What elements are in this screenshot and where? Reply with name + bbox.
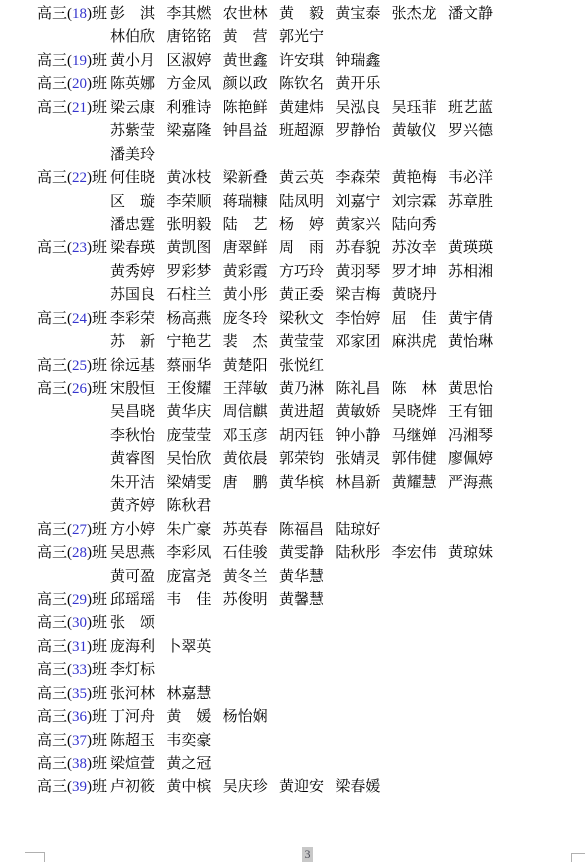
student-name: 黄开乐 xyxy=(335,73,391,96)
roster-row: 区 璇李荣顺蒋瑞糠陆凤明刘嘉宁刘宗霖苏章胜 xyxy=(37,191,504,214)
student-name: 黄睿图 xyxy=(110,448,166,471)
student-name: 陆琼好 xyxy=(335,519,391,542)
student-name: 张明毅 xyxy=(166,214,222,237)
student-name: 罗静怡 xyxy=(335,120,391,143)
class-label-suffix: )班 xyxy=(87,709,107,725)
student-name: 黄建炜 xyxy=(279,97,335,120)
student-name: 吴泓良 xyxy=(335,97,391,120)
student-name: 王有钿 xyxy=(448,401,504,424)
class-label-suffix: )班 xyxy=(87,100,107,116)
class-label-prefix: 高三( xyxy=(37,756,72,772)
class-label-suffix: )班 xyxy=(87,733,107,749)
student-name: 郭伟健 xyxy=(392,448,448,471)
student-name: 班超源 xyxy=(279,120,335,143)
student-name: 陈礼昌 xyxy=(335,378,391,401)
class-label-prefix: 高三( xyxy=(37,311,72,327)
student-name: 张杰龙 xyxy=(392,3,448,26)
class-label-suffix: )班 xyxy=(87,522,107,538)
student-name: 潘美玲 xyxy=(110,144,166,167)
student-name: 卜翠英 xyxy=(166,636,222,659)
student-name: 李灯标 xyxy=(110,659,166,682)
student-name: 黄凯图 xyxy=(166,237,222,260)
class-label-suffix: )班 xyxy=(87,381,107,397)
student-name: 韦奕豪 xyxy=(166,730,222,753)
student-name: 唐翠鲜 xyxy=(223,237,279,260)
roster-row: 李秋怡庞莹莹邓玉彦胡丙钰钟小静马继婵冯湘琴 xyxy=(37,425,504,448)
roster-row: 林伯欣唐铭铭黄 营郭光宁 xyxy=(37,26,504,49)
roster-row: 高三(19)班黄小月区淑婷黄世鑫许安琪钟瑞鑫 xyxy=(37,50,504,73)
student-name: 庞海利 xyxy=(110,636,166,659)
class-label: 高三(38)班 xyxy=(37,753,110,776)
student-name: 朱开洁 xyxy=(110,472,166,495)
roster-row: 高三(31)班庞海利卜翠英 xyxy=(37,636,504,659)
class-label-prefix: 高三( xyxy=(37,6,72,22)
student-name: 林嘉慧 xyxy=(166,683,222,706)
student-name: 方巧玲 xyxy=(279,261,335,284)
class-number: 33 xyxy=(72,662,87,678)
student-name: 宁艳艺 xyxy=(166,331,222,354)
student-name: 钟昌益 xyxy=(223,120,279,143)
class-label-prefix: 高三( xyxy=(37,545,72,561)
student-name: 郭荣钧 xyxy=(279,448,335,471)
class-label-prefix: 高三( xyxy=(37,76,72,92)
student-name: 黄思怡 xyxy=(448,378,504,401)
class-label-prefix: 高三( xyxy=(37,662,72,678)
margin-mark-bottom-right-vertical xyxy=(571,853,572,862)
student-name: 陈钦名 xyxy=(279,73,335,96)
student-name: 罗彩梦 xyxy=(166,261,222,284)
student-name: 黄宇倩 xyxy=(448,308,504,331)
roster-row: 黄齐婷陈秋君 xyxy=(37,495,504,518)
student-name: 胡丙钰 xyxy=(279,425,335,448)
student-name: 黄依晨 xyxy=(223,448,279,471)
class-label-prefix: 高三( xyxy=(37,381,72,397)
class-label: 高三(24)班 xyxy=(37,308,110,331)
class-number: 39 xyxy=(72,779,87,795)
student-name: 黄怡琳 xyxy=(448,331,504,354)
student-name: 黄冬兰 xyxy=(223,566,279,589)
student-name: 张 颂 xyxy=(110,612,166,635)
student-name: 严海燕 xyxy=(448,472,504,495)
student-name: 李宏伟 xyxy=(392,542,448,565)
student-name: 黄彩霞 xyxy=(223,261,279,284)
student-name: 许安琪 xyxy=(279,50,335,73)
student-name: 宋殷恒 xyxy=(110,378,166,401)
class-number: 22 xyxy=(72,170,87,186)
student-name: 黄世鑫 xyxy=(223,50,279,73)
student-name: 吴珏菲 xyxy=(392,97,448,120)
student-name: 周信麒 xyxy=(223,401,279,424)
roster-row: 高三(22)班何佳晓黄冰枝梁新叠黄云英李森荣黄艳梅韦必洋 xyxy=(37,167,504,190)
student-name: 邱瑶瑶 xyxy=(110,589,166,612)
roster-row: 高三(35)班张河林林嘉慧 xyxy=(37,683,504,706)
student-name: 苏英春 xyxy=(223,519,279,542)
class-label-prefix: 高三( xyxy=(37,733,72,749)
student-name: 张河林 xyxy=(110,683,166,706)
student-name: 马继婵 xyxy=(392,425,448,448)
roster-row: 潘美玲 xyxy=(37,144,504,167)
student-name: 班艺蓝 xyxy=(448,97,504,120)
student-name: 林伯欣 xyxy=(110,26,166,49)
student-name: 黄之冠 xyxy=(166,753,222,776)
student-name: 黄琼妹 xyxy=(448,542,504,565)
student-name: 梁春媛 xyxy=(335,776,391,799)
class-label-suffix: )班 xyxy=(87,662,107,678)
student-name: 黄迎安 xyxy=(279,776,335,799)
class-label-suffix: )班 xyxy=(87,686,107,702)
student-name: 张婧灵 xyxy=(335,448,391,471)
roster-row: 高三(38)班梁煊萱黄之冠 xyxy=(37,753,504,776)
student-name: 潘忠霆 xyxy=(110,214,166,237)
student-name: 蒋瑞糠 xyxy=(223,191,279,214)
class-label-prefix: 高三( xyxy=(37,522,72,538)
class-label: 高三(30)班 xyxy=(37,612,110,635)
class-number: 37 xyxy=(72,733,87,749)
student-name: 黄艳梅 xyxy=(392,167,448,190)
student-name: 黄云英 xyxy=(279,167,335,190)
student-name: 黄中槟 xyxy=(166,776,222,799)
roster-row: 高三(26)班宋殷恒王俊耀王萍敏黄乃淋陈礼昌陈 林黄思怡 xyxy=(37,378,504,401)
class-number: 21 xyxy=(72,100,87,116)
class-label-prefix: 高三( xyxy=(37,639,72,655)
margin-mark-bottom-left-vertical xyxy=(44,852,45,862)
roster-row: 苏国良石柱兰黄小彤黄正委梁吉梅黄晓丹 xyxy=(37,284,504,307)
class-label-suffix: )班 xyxy=(87,779,107,795)
class-label: 高三(23)班 xyxy=(37,237,110,260)
class-label: 高三(19)班 xyxy=(37,50,110,73)
student-name: 李荣顺 xyxy=(166,191,222,214)
student-name: 方金凤 xyxy=(166,73,222,96)
class-number: 31 xyxy=(72,639,87,655)
class-number: 38 xyxy=(72,756,87,772)
student-name: 蔡丽华 xyxy=(166,355,222,378)
roster-row: 高三(18)班彭 淇李其燃农世林黄 毅黄宝泰张杰龙潘文静 xyxy=(37,3,504,26)
class-label-prefix: 高三( xyxy=(37,240,72,256)
roster-row: 高三(27)班方小婷朱广豪苏英春陈福昌陆琼好 xyxy=(37,519,504,542)
student-name: 陆凤明 xyxy=(279,191,335,214)
student-name: 陆向秀 xyxy=(392,214,448,237)
class-label: 高三(31)班 xyxy=(37,636,110,659)
student-name: 廖佩婷 xyxy=(448,448,504,471)
student-name: 方小婷 xyxy=(110,519,166,542)
roster-row: 高三(36)班丁河舟黄 媛杨怡娴 xyxy=(37,706,504,729)
student-name: 黄华槟 xyxy=(279,472,335,495)
class-number: 18 xyxy=(72,6,87,22)
class-number: 30 xyxy=(72,615,87,631)
student-name: 杨 婷 xyxy=(279,214,335,237)
roster-row: 高三(21)班梁云康利雅诗陈艳鲜黄建炜吴泓良吴珏菲班艺蓝 xyxy=(37,97,504,120)
student-name: 黄敏仪 xyxy=(392,120,448,143)
student-name: 屈 佳 xyxy=(392,308,448,331)
class-number: 20 xyxy=(72,76,87,92)
roster-row: 高三(23)班梁春瑛黄凯图唐翠鲜周 雨苏春貌苏汝幸黄瑛瑛 xyxy=(37,237,504,260)
student-name: 颜以政 xyxy=(223,73,279,96)
student-name: 李彩凤 xyxy=(166,542,222,565)
document-page: 高三(18)班彭 淇李其燃农世林黄 毅黄宝泰张杰龙潘文静林伯欣唐铭铭黄 营郭光宁… xyxy=(0,0,585,862)
student-name: 黄小月 xyxy=(110,50,166,73)
roster-row: 高三(28)班吴思燕李彩凤石佳骏黄雯静陆秋彤李宏伟黄琼妹 xyxy=(37,542,504,565)
student-name: 韦必洋 xyxy=(448,167,504,190)
class-label-prefix: 高三( xyxy=(37,592,72,608)
student-name: 黄进超 xyxy=(279,401,335,424)
class-number: 35 xyxy=(72,686,87,702)
student-name: 黄羽琴 xyxy=(335,261,391,284)
student-name: 黄 媛 xyxy=(166,706,222,729)
student-name: 麻洪虎 xyxy=(392,331,448,354)
roster-row: 高三(39)班卢初筱黄中槟吴庆珍黄迎安梁春媛 xyxy=(37,776,504,799)
student-name: 梁煊萱 xyxy=(110,753,166,776)
student-name: 庞冬玲 xyxy=(223,308,279,331)
page-number-field: 3 xyxy=(302,847,313,862)
roster-row: 高三(20)班陈英娜方金凤颜以政陈钦名黄开乐 xyxy=(37,73,504,96)
student-name: 李怡婷 xyxy=(335,308,391,331)
student-name: 黄华庆 xyxy=(166,401,222,424)
student-name: 黄家兴 xyxy=(335,214,391,237)
student-name: 黄耀慧 xyxy=(392,472,448,495)
class-label-prefix: 高三( xyxy=(37,779,72,795)
class-number: 24 xyxy=(72,311,87,327)
student-name: 梁新叠 xyxy=(223,167,279,190)
student-name: 苏相湘 xyxy=(448,261,504,284)
student-name: 丁河舟 xyxy=(110,706,166,729)
class-label: 高三(33)班 xyxy=(37,659,110,682)
student-name: 邓玉彦 xyxy=(223,425,279,448)
roster-row: 苏 新宁艳艺裴 杰黄莹莹邓家团麻洪虎黄怡琳 xyxy=(37,331,504,354)
student-name: 李秋怡 xyxy=(110,425,166,448)
student-name: 黄 营 xyxy=(223,26,279,49)
class-label-prefix: 高三( xyxy=(37,53,72,69)
class-label-suffix: )班 xyxy=(87,6,107,22)
student-name: 李彩荣 xyxy=(110,308,166,331)
roster-row: 黄睿图吴怡欣黄依晨郭荣钧张婧灵郭伟健廖佩婷 xyxy=(37,448,504,471)
margin-mark-bottom-left-horizontal xyxy=(25,852,45,853)
class-label-suffix: )班 xyxy=(87,615,107,631)
student-name: 王萍敏 xyxy=(223,378,279,401)
student-name: 黄冰枝 xyxy=(166,167,222,190)
student-name: 黄馨慧 xyxy=(279,589,335,612)
student-name: 吴怡欣 xyxy=(166,448,222,471)
student-name: 何佳晓 xyxy=(110,167,166,190)
class-label-prefix: 高三( xyxy=(37,709,72,725)
class-number: 26 xyxy=(72,381,87,397)
student-name: 苏春貌 xyxy=(335,237,391,260)
student-name: 冯湘琴 xyxy=(448,425,504,448)
student-name: 黄晓丹 xyxy=(392,284,448,307)
student-name: 黄宝泰 xyxy=(335,3,391,26)
class-label-suffix: )班 xyxy=(87,756,107,772)
class-label: 高三(27)班 xyxy=(37,519,110,542)
student-name: 罗兴德 xyxy=(448,120,504,143)
student-name: 王俊耀 xyxy=(166,378,222,401)
student-name: 韦 佳 xyxy=(166,589,222,612)
student-name: 苏章胜 xyxy=(448,191,504,214)
student-name: 邓家团 xyxy=(335,331,391,354)
student-name: 陈福昌 xyxy=(279,519,335,542)
roster-row: 高三(25)班徐远基蔡丽华黄楚阳张悦红 xyxy=(37,355,504,378)
student-name: 周 雨 xyxy=(279,237,335,260)
student-name: 陆秋彤 xyxy=(335,542,391,565)
class-label-prefix: 高三( xyxy=(37,100,72,116)
class-label: 高三(37)班 xyxy=(37,730,110,753)
student-name: 梁嘉隆 xyxy=(166,120,222,143)
class-number: 36 xyxy=(72,709,87,725)
student-name: 庞富尧 xyxy=(166,566,222,589)
student-name: 黄可盈 xyxy=(110,566,166,589)
class-label: 高三(18)班 xyxy=(37,3,110,26)
student-name: 陈 林 xyxy=(392,378,448,401)
student-name: 黄正委 xyxy=(279,284,335,307)
class-label-prefix: 高三( xyxy=(37,358,72,374)
class-label-suffix: )班 xyxy=(87,639,107,655)
student-name: 陈艳鲜 xyxy=(223,97,279,120)
class-label-suffix: )班 xyxy=(87,358,107,374)
student-name: 黄敏娇 xyxy=(335,401,391,424)
student-name: 梁秋文 xyxy=(279,308,335,331)
student-name: 苏俊明 xyxy=(223,589,279,612)
student-name: 张悦红 xyxy=(279,355,335,378)
student-name: 陆 艺 xyxy=(223,214,279,237)
student-name: 黄小彤 xyxy=(223,284,279,307)
student-name: 唐 鹏 xyxy=(223,472,279,495)
student-name: 杨高燕 xyxy=(166,308,222,331)
class-number: 25 xyxy=(72,358,87,374)
class-label-suffix: )班 xyxy=(87,545,107,561)
class-label: 高三(21)班 xyxy=(37,97,110,120)
class-number: 28 xyxy=(72,545,87,561)
student-name: 农世林 xyxy=(223,3,279,26)
student-name: 梁云康 xyxy=(110,97,166,120)
student-name: 裴 杰 xyxy=(223,331,279,354)
student-name: 苏汝幸 xyxy=(392,237,448,260)
student-name: 唐铭铭 xyxy=(166,26,222,49)
roster-row: 高三(33)班李灯标 xyxy=(37,659,504,682)
class-label-suffix: )班 xyxy=(87,53,107,69)
class-label: 高三(36)班 xyxy=(37,706,110,729)
student-name: 罗才坤 xyxy=(392,261,448,284)
margin-mark-bottom-right-horizontal xyxy=(571,853,585,854)
student-name: 区 璇 xyxy=(110,191,166,214)
student-name: 陈秋君 xyxy=(166,495,222,518)
student-name: 苏紫莹 xyxy=(110,120,166,143)
student-name: 黄瑛瑛 xyxy=(448,237,504,260)
student-name: 黄齐婷 xyxy=(110,495,166,518)
student-name: 刘嘉宁 xyxy=(335,191,391,214)
student-name: 黄乃淋 xyxy=(279,378,335,401)
roster: 高三(18)班彭 淇李其燃农世林黄 毅黄宝泰张杰龙潘文静林伯欣唐铭铭黄 营郭光宁… xyxy=(37,3,504,800)
class-number: 19 xyxy=(72,53,87,69)
student-name: 黄雯静 xyxy=(279,542,335,565)
class-label-prefix: 高三( xyxy=(37,170,72,186)
class-label-suffix: )班 xyxy=(87,240,107,256)
class-label: 高三(29)班 xyxy=(37,589,110,612)
class-label-prefix: 高三( xyxy=(37,615,72,631)
class-label: 高三(25)班 xyxy=(37,355,110,378)
student-name: 梁婧雯 xyxy=(166,472,222,495)
class-label-prefix: 高三( xyxy=(37,686,72,702)
class-label-suffix: )班 xyxy=(87,76,107,92)
student-name: 苏国良 xyxy=(110,284,166,307)
class-label: 高三(22)班 xyxy=(37,167,110,190)
student-name: 区淑婷 xyxy=(166,50,222,73)
student-name: 钟小静 xyxy=(335,425,391,448)
class-number: 29 xyxy=(72,592,87,608)
student-name: 潘文静 xyxy=(448,3,504,26)
student-name: 梁吉梅 xyxy=(335,284,391,307)
student-name: 陈超玉 xyxy=(110,730,166,753)
student-name: 黄秀婷 xyxy=(110,261,166,284)
student-name: 吴庆珍 xyxy=(223,776,279,799)
roster-row: 高三(37)班陈超玉韦奕豪 xyxy=(37,730,504,753)
roster-row: 高三(30)班张 颂 xyxy=(37,612,504,635)
student-name: 郭光宁 xyxy=(279,26,335,49)
student-name: 庞莹莹 xyxy=(166,425,222,448)
class-label-suffix: )班 xyxy=(87,311,107,327)
roster-row: 高三(29)班邱瑶瑶韦 佳苏俊明黄馨慧 xyxy=(37,589,504,612)
roster-row: 吴昌晓黄华庆周信麒黄进超黄敏娇吴晓烨王有钿 xyxy=(37,401,504,424)
class-label: 高三(28)班 xyxy=(37,542,110,565)
class-number: 27 xyxy=(72,522,87,538)
student-name: 黄莹莹 xyxy=(279,331,335,354)
class-label: 高三(20)班 xyxy=(37,73,110,96)
student-name: 苏 新 xyxy=(110,331,166,354)
student-name: 林昌新 xyxy=(335,472,391,495)
student-name: 朱广豪 xyxy=(166,519,222,542)
roster-row: 黄秀婷罗彩梦黄彩霞方巧玲黄羽琴罗才坤苏相湘 xyxy=(37,261,504,284)
class-number: 23 xyxy=(72,240,87,256)
roster-row: 高三(24)班李彩荣杨高燕庞冬玲梁秋文李怡婷屈 佳黄宇倩 xyxy=(37,308,504,331)
student-name: 黄华慧 xyxy=(279,566,335,589)
student-name: 利雅诗 xyxy=(166,97,222,120)
student-name: 杨怡娴 xyxy=(223,706,279,729)
class-label-suffix: )班 xyxy=(87,170,107,186)
roster-row: 苏紫莹梁嘉隆钟昌益班超源罗静怡黄敏仪罗兴德 xyxy=(37,120,504,143)
student-name: 石佳骏 xyxy=(223,542,279,565)
student-name: 吴晓烨 xyxy=(392,401,448,424)
student-name: 钟瑞鑫 xyxy=(335,50,391,73)
student-name: 黄楚阳 xyxy=(223,355,279,378)
student-name: 石柱兰 xyxy=(166,284,222,307)
student-name: 黄 毅 xyxy=(279,3,335,26)
student-name: 李其燃 xyxy=(166,3,222,26)
roster-row: 黄可盈庞富尧黄冬兰黄华慧 xyxy=(37,566,504,589)
student-name: 李森荣 xyxy=(335,167,391,190)
roster-row: 潘忠霆张明毅陆 艺杨 婷黄家兴陆向秀 xyxy=(37,214,504,237)
class-label: 高三(35)班 xyxy=(37,683,110,706)
student-name: 徐远基 xyxy=(110,355,166,378)
roster-row: 朱开洁梁婧雯唐 鹏黄华槟林昌新黄耀慧严海燕 xyxy=(37,472,504,495)
class-label: 高三(39)班 xyxy=(37,776,110,799)
class-label: 高三(26)班 xyxy=(37,378,110,401)
student-name: 吴思燕 xyxy=(110,542,166,565)
student-name: 梁春瑛 xyxy=(110,237,166,260)
student-name: 陈英娜 xyxy=(110,73,166,96)
student-name: 吴昌晓 xyxy=(110,401,166,424)
class-label-suffix: )班 xyxy=(87,592,107,608)
student-name: 彭 淇 xyxy=(110,3,166,26)
student-name: 卢初筱 xyxy=(110,776,166,799)
student-name: 刘宗霖 xyxy=(392,191,448,214)
